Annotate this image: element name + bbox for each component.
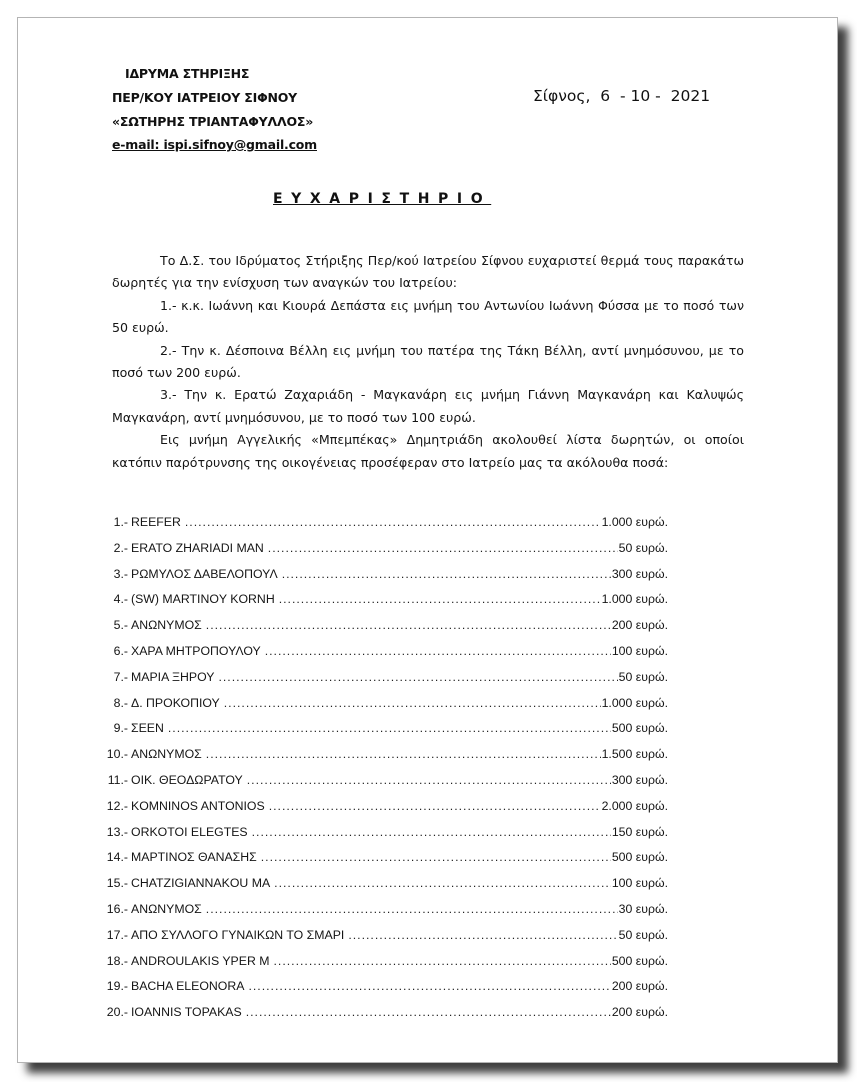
donation-paragraph-1: 1.- κ.κ. Ιωάννη και Κιουρά Δεπάστα εις μ…: [112, 295, 744, 340]
dot-leader: [247, 773, 611, 787]
donor-row: 20.-IOANNIS TOPAKAS200 ευρώ.: [98, 1005, 668, 1031]
document-title: ΕΥΧΑΡΙΣΤΗΡΙΟ: [273, 191, 548, 207]
donor-name: ΣΕΕΝ: [128, 721, 164, 735]
donor-row: 10.-ΑΝΩΝΥΜΟΣ1.500 ευρώ.: [98, 747, 668, 773]
dot-leader: [282, 567, 611, 581]
org-name-line3: «ΣΩΤΗΡΗΣ ΤΡΙΑΝΤΑΦΥΛΛΟΣ»: [112, 114, 313, 129]
donor-name: ΑΠΟ ΣΥΛΛΟΓΟ ΓΥΝΑΙΚΩΝ ΤΟ ΣΜΑΡΙ: [128, 928, 344, 942]
donor-number: 1.-: [98, 515, 128, 529]
donor-row: 2.-ERATO ZHARIADI MAN50 ευρώ.: [98, 541, 668, 567]
donor-amount: 300 ευρώ.: [612, 773, 668, 787]
donor-number: 15.-: [98, 876, 128, 890]
donor-name: KOMNINOS ANTONIOS: [128, 799, 265, 813]
dot-leader: [274, 876, 611, 890]
intro-paragraph: Το Δ.Σ. του Ιδρύματος Στήριξης Περ/κού Ι…: [112, 250, 744, 295]
donor-name: (SW) MARTINOY KORNH: [128, 592, 275, 606]
dot-leader: [206, 902, 618, 916]
donor-amount: 100 ευρώ.: [612, 876, 668, 890]
donor-name: ΑΝΩΝΥΜΟΣ: [128, 618, 202, 632]
donor-amount: 500 ευρώ.: [612, 721, 668, 735]
donor-amount: 1.000 ευρώ.: [602, 515, 668, 529]
donor-name: ORKOTOI ELEGTES: [128, 825, 248, 839]
donor-number: 12.-: [98, 799, 128, 813]
org-name-line1: ΙΔΡΥΜΑ ΣΤΗΡΙΞΗΣ: [125, 66, 249, 81]
donor-row: 8.-Δ. ΠΡΟΚΟΠΙΟΥ1.000 ευρώ.: [98, 696, 668, 722]
dot-leader: [246, 1005, 611, 1019]
body-text: Το Δ.Σ. του Ιδρύματος Στήριξης Περ/κού Ι…: [112, 250, 744, 474]
donor-row: 13.-ORKOTOI ELEGTES150 ευρώ.: [98, 825, 668, 851]
donor-name: ΜΑΡΙΑ ΞΗΡΟΥ: [128, 670, 214, 684]
dot-leader: [348, 928, 617, 942]
donation-paragraph-2: 2.- Την κ. Δέσποινα Βέλλη εις μνήμη του …: [112, 340, 744, 385]
donor-number: 10.-: [98, 747, 128, 761]
donor-name: ΟΙΚ. ΘΕΟΔΩΡΑΤΟΥ: [128, 773, 243, 787]
donor-row: 19.-BACHA ELEONORA200 ευρώ.: [98, 979, 668, 1005]
donor-row: 18.-ANDROULAKIS YPER M500 ευρώ.: [98, 954, 668, 980]
donor-row: 6.-ΧΑΡΑ ΜΗΤΡΟΠΟΥΛΟΥ100 ευρώ.: [98, 644, 668, 670]
donor-number: 17.-: [98, 928, 128, 942]
donor-number: 6.-: [98, 644, 128, 658]
donor-row: 1.-REEFER1.000 ευρώ.: [98, 515, 668, 541]
donor-number: 7.-: [98, 670, 128, 684]
donor-amount: 300 ευρώ.: [612, 567, 668, 581]
dot-leader: [248, 979, 610, 993]
donor-amount: 1.500 ευρώ.: [602, 747, 668, 761]
donor-number: 19.-: [98, 979, 128, 993]
memorial-paragraph: Εις μνήμη Αγγελικής «Μπεμπέκας» Δημητριά…: [112, 429, 744, 474]
document-page: ΙΔΡΥΜΑ ΣΤΗΡΙΞΗΣ ΠΕΡ/ΚΟΥ ΙΑΤΡΕΙΟΥ ΣΙΦΝΟΥ …: [17, 17, 838, 1063]
donor-amount: 1.000 ευρώ.: [602, 592, 668, 606]
donor-number: 5.-: [98, 618, 128, 632]
donor-row: 16.-ΑΝΩΝΥΜΟΣ30 ευρώ.: [98, 902, 668, 928]
donor-row: 5.-ΑΝΩΝΥΜΟΣ200 ευρώ.: [98, 618, 668, 644]
donation-paragraph-3: 3.- Την κ. Ερατώ Ζαχαριάδη - Μαγκανάρη ε…: [112, 384, 744, 429]
document-date: Σίφνος, 6 - 10 - 2021: [533, 87, 710, 105]
donor-row: 4.-(SW) MARTINOY KORNH1.000 ευρώ.: [98, 592, 668, 618]
donor-amount: 50 ευρώ.: [619, 670, 668, 684]
dot-leader: [279, 592, 601, 606]
dot-leader: [261, 850, 611, 864]
donor-number: 4.-: [98, 592, 128, 606]
dot-leader: [268, 541, 618, 555]
donor-name: ΡΩΜΥΛΟΣ ΔΑΒΕΛΟΠΟΥΛ: [128, 567, 278, 581]
dot-leader: [185, 515, 601, 529]
donor-number: 3.-: [98, 567, 128, 581]
donor-amount: 500 ευρώ.: [612, 954, 668, 968]
donor-number: 8.-: [98, 696, 128, 710]
donor-name: ΑΝΩΝΥΜΟΣ: [128, 747, 202, 761]
donor-name: CHATZIGIANNAKOU MA: [128, 876, 270, 890]
donor-row: 14.-ΜΑΡΤΙΝΟΣ ΘΑΝΑΣΗΣ500 ευρώ.: [98, 850, 668, 876]
donor-amount: 1.000 ευρώ.: [602, 696, 668, 710]
org-name-line2: ΠΕΡ/ΚΟΥ ΙΑΤΡΕΙΟΥ ΣΙΦΝΟΥ: [112, 90, 297, 105]
donor-amount: 200 ευρώ.: [612, 1005, 668, 1019]
donor-name: ΧΑΡΑ ΜΗΤΡΟΠΟΥΛΟΥ: [128, 644, 261, 658]
donor-number: 20.-: [98, 1005, 128, 1019]
donor-row: 17.-ΑΠΟ ΣΥΛΛΟΓΟ ΓΥΝΑΙΚΩΝ ΤΟ ΣΜΑΡΙ50 ευρώ…: [98, 928, 668, 954]
donor-amount: 150 ευρώ.: [612, 825, 668, 839]
dot-leader: [252, 825, 611, 839]
dot-leader: [224, 696, 601, 710]
donor-amount: 50 ευρώ.: [619, 541, 668, 555]
dot-leader: [274, 954, 611, 968]
donor-number: 13.-: [98, 825, 128, 839]
donor-row: 3.-ΡΩΜΥΛΟΣ ΔΑΒΕΛΟΠΟΥΛ300 ευρώ.: [98, 567, 668, 593]
dot-leader: [269, 799, 601, 813]
donor-name: BACHA ELEONORA: [128, 979, 244, 993]
donor-number: 16.-: [98, 902, 128, 916]
org-email: e-mail: ispi.sifnoy@gmail.com: [112, 137, 317, 152]
donor-name: IOANNIS TOPAKAS: [128, 1005, 242, 1019]
dot-leader: [206, 618, 611, 632]
donor-number: 14.-: [98, 850, 128, 864]
donor-amount: 30 ευρώ.: [619, 902, 668, 916]
donor-row: 11.-ΟΙΚ. ΘΕΟΔΩΡΑΤΟΥ300 ευρώ.: [98, 773, 668, 799]
donor-name: Δ. ΠΡΟΚΟΠΙΟΥ: [128, 696, 220, 710]
donor-name: ERATO ZHARIADI MAN: [128, 541, 264, 555]
donor-amount: 100 ευρώ.: [612, 644, 668, 658]
dot-leader: [265, 644, 611, 658]
donor-row: 9.-ΣΕΕΝ500 ευρώ.: [98, 721, 668, 747]
dot-leader: [206, 747, 601, 761]
donor-row: 15.-CHATZIGIANNAKOU MA100 ευρώ.: [98, 876, 668, 902]
donor-amount: 200 ευρώ.: [612, 979, 668, 993]
dot-leader: [218, 670, 617, 684]
donor-name: ΑΝΩΝΥΜΟΣ: [128, 902, 202, 916]
donor-row: 12.-KOMNINOS ANTONIOS2.000 ευρώ.: [98, 799, 668, 825]
donor-name: ANDROULAKIS YPER M: [128, 954, 270, 968]
donor-number: 11.-: [98, 773, 128, 787]
donor-amount: 2.000 ευρώ.: [602, 799, 668, 813]
donor-name: ΜΑΡΤΙΝΟΣ ΘΑΝΑΣΗΣ: [128, 850, 257, 864]
dot-leader: [168, 721, 611, 735]
donor-list: 1.-REEFER1.000 ευρώ.2.-ERATO ZHARIADI MA…: [98, 515, 668, 1031]
donor-name: REEFER: [128, 515, 181, 529]
donor-amount: 50 ευρώ.: [619, 928, 668, 942]
donor-number: 9.-: [98, 721, 128, 735]
donor-number: 2.-: [98, 541, 128, 555]
donor-amount: 500 ευρώ.: [612, 850, 668, 864]
donor-amount: 200 ευρώ.: [612, 618, 668, 632]
donor-number: 18.-: [98, 954, 128, 968]
donor-row: 7.-ΜΑΡΙΑ ΞΗΡΟΥ50 ευρώ.: [98, 670, 668, 696]
